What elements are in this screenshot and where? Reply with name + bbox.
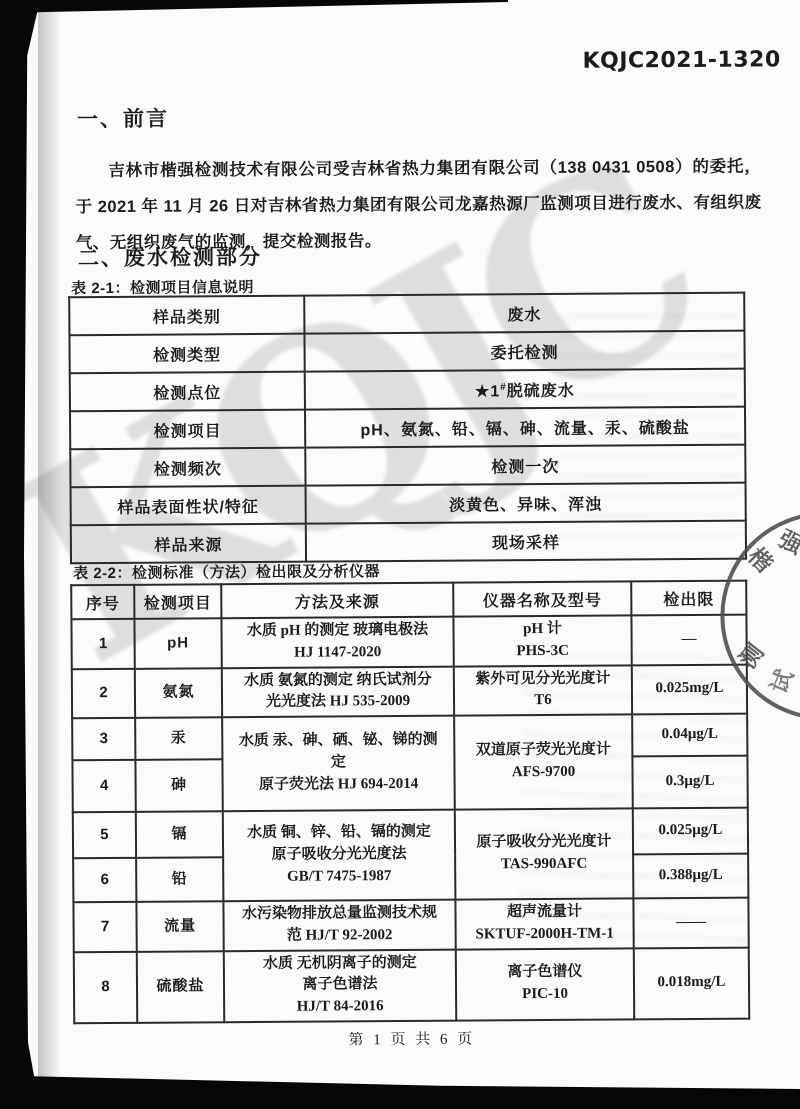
page-content: KQJC2021-1320 一、前言 吉林市楷强检测技术有限公司受吉林省热力集团… xyxy=(0,0,800,1109)
section-2-title: 二、废水检测部分 xyxy=(78,241,262,272)
cell-method-source: 水质 无机阴离子的测定 离子色谱法 HJ/T 84-2016 xyxy=(224,949,456,1022)
cell-method-source-merged: 水质 汞、砷、硒、铋、锑的测 定 原子荧光法 HJ 694-2014 xyxy=(222,716,455,812)
cell-detection-limit: 0.04μg/L xyxy=(632,714,747,757)
row-value: pH、氨氮、铅、镉、砷、流量、汞、硫酸盐 xyxy=(305,407,745,448)
cell-serial-number: 7 xyxy=(73,902,136,952)
cell-instrument: 紫外可见分光光度计 T6 xyxy=(454,665,632,716)
col-header-instrument: 仪器名称及型号 xyxy=(453,581,631,616)
cell-serial-number: 4 xyxy=(72,760,135,812)
cell-detection-limit: 0.388μg/L xyxy=(633,854,748,899)
cell-serial-number: 2 xyxy=(72,668,135,718)
row-label: 样品来源 xyxy=(71,524,306,564)
cell-test-item: 镉 xyxy=(136,811,223,858)
cell-detection-limit: —— xyxy=(633,898,748,948)
table-row: 3 汞 水质 汞、砷、硒、铋、锑的测 定 原子荧光法 HJ 694-2014 双… xyxy=(72,714,747,761)
cell-serial-number: 6 xyxy=(73,858,136,902)
table-2-2-caption: 表 2-2：检测标准（方法）检出限及分析仪器 xyxy=(73,560,380,583)
row-value: 废水 xyxy=(304,293,744,334)
cell-method-source: 水质 pH 的测定 玻璃电极法 HJ 1147-2020 xyxy=(221,617,453,668)
table-row: 7 流量 水污染物排放总量监测技术规 范 HJ/T 92-2002 超声流量计 … xyxy=(73,898,748,952)
section-1-title: 一、前言 xyxy=(77,103,169,134)
table-row: 样品来源 现场采样 xyxy=(71,521,746,564)
table-row: 检测项目 pH、氨氮、铅、镉、砷、流量、汞、硫酸盐 xyxy=(70,407,745,450)
scanned-report-page: KQJC KQJC2021-1320 一、前言 吉林市楷强检测技术有限公司受吉林… xyxy=(0,0,800,1109)
report-number: KQJC2021-1320 xyxy=(582,47,780,73)
table-header-row: 序号 检测项目 方法及来源 仪器名称及型号 检出限 xyxy=(71,581,746,620)
cell-serial-number: 1 xyxy=(71,619,134,669)
row-value: 检测一次 xyxy=(305,445,745,486)
cell-instrument: 超声流量计 SKTUF-2000H-TM-1 xyxy=(455,898,633,949)
cell-method-source: 水污染物排放总量监测技术规 范 HJ/T 92-2002 xyxy=(223,900,455,951)
cell-test-item: 硫酸盐 xyxy=(137,951,224,1023)
row-value: ★1#脱硫废水 xyxy=(305,369,745,410)
row-label: 样品表面性状/特征 xyxy=(71,486,306,526)
row-value: 淡黄色、异味、浑浊 xyxy=(306,483,746,524)
table-row: 检测频次 检测一次 xyxy=(70,445,745,488)
table-row: 8 硫酸盐 水质 无机阴离子的测定 离子色谱法 HJ/T 84-2016 离子色… xyxy=(74,947,749,1023)
cell-serial-number: 3 xyxy=(72,718,135,760)
monitor-point-prefix: ★1 xyxy=(475,383,500,400)
row-label: 样品类别 xyxy=(69,296,304,336)
cell-instrument: 离子色谱仪 PIC-10 xyxy=(456,948,634,1020)
cell-test-item: 砷 xyxy=(135,759,222,812)
col-header-item: 检测项目 xyxy=(134,584,221,619)
col-header-method: 方法及来源 xyxy=(221,583,453,619)
cell-detection-limit: 0.025mg/L xyxy=(632,664,747,714)
cell-instrument: pH 计 PHS-3C xyxy=(453,615,631,666)
stamp-char: 试 xyxy=(761,664,800,698)
table-row: 样品表面性状/特征 淡黄色、异味、浑浊 xyxy=(71,483,746,526)
methods-table: 序号 检测项目 方法及来源 仪器名称及型号 检出限 1 pH 水质 pH 的测定… xyxy=(70,580,750,1024)
cell-method-source-merged: 水质 铜、锌、铅、镉的测定 原子吸收分光光度法 GB/T 7475-1987 xyxy=(223,810,456,902)
cell-test-item: 铅 xyxy=(136,857,223,902)
cell-serial-number: 8 xyxy=(74,951,137,1023)
row-label: 检测类型 xyxy=(69,334,304,374)
table-row: 检测类型 委托检测 xyxy=(69,331,744,374)
table-row: 1 pH 水质 pH 的测定 玻璃电极法 HJ 1147-2020 pH 计 P… xyxy=(71,615,746,669)
cell-serial-number: 5 xyxy=(73,812,136,858)
cell-detection-limit: 0.3μg/L xyxy=(632,756,747,809)
table-row: 检测点位 ★1#脱硫废水 xyxy=(70,369,745,412)
row-label: 检测点位 xyxy=(70,372,305,412)
row-value: 现场采样 xyxy=(306,521,746,562)
cell-detection-limit: 0.025μg/L xyxy=(633,808,748,855)
stamp-char: 测 xyxy=(730,636,770,674)
sample-info-table: 样品类别 废水 检测类型 委托检测 检测点位 ★1#脱硫废水 检测项目 pH、氨… xyxy=(68,292,747,565)
cell-instrument-merged: 双道原子荧光光度计 AFS-9700 xyxy=(454,714,633,809)
monitor-point-name: 脱硫废水 xyxy=(507,382,575,399)
table-row: 2 氨氮 水质 氨氮的测定 纳氏试剂分 光光度法 HJ 535-2009 紫外可… xyxy=(72,664,747,718)
cell-test-item: 流量 xyxy=(136,901,223,951)
row-label: 检测频次 xyxy=(70,448,305,488)
cell-test-item: 汞 xyxy=(135,717,222,760)
cell-detection-limit: 0.018mg/L xyxy=(634,947,749,1019)
table-row: 样品类别 废水 xyxy=(69,293,744,336)
cell-test-item: pH xyxy=(134,618,221,668)
table-row: 5 镉 水质 铜、锌、铅、镉的测定 原子吸收分光光度法 GB/T 7475-19… xyxy=(73,808,748,859)
cell-instrument-merged: 原子吸收分光光度计 TAS-990AFC xyxy=(455,808,634,899)
col-header-serial: 序号 xyxy=(71,585,134,619)
row-label: 检测项目 xyxy=(70,410,305,450)
page-footer: 第 1 页 共 6 页 xyxy=(73,1026,750,1052)
cell-test-item: 氨氮 xyxy=(135,668,222,718)
cell-method-source: 水质 氨氮的测定 纳氏试剂分 光光度法 HJ 535-2009 xyxy=(222,666,454,717)
row-value: 委托检测 xyxy=(304,331,744,372)
